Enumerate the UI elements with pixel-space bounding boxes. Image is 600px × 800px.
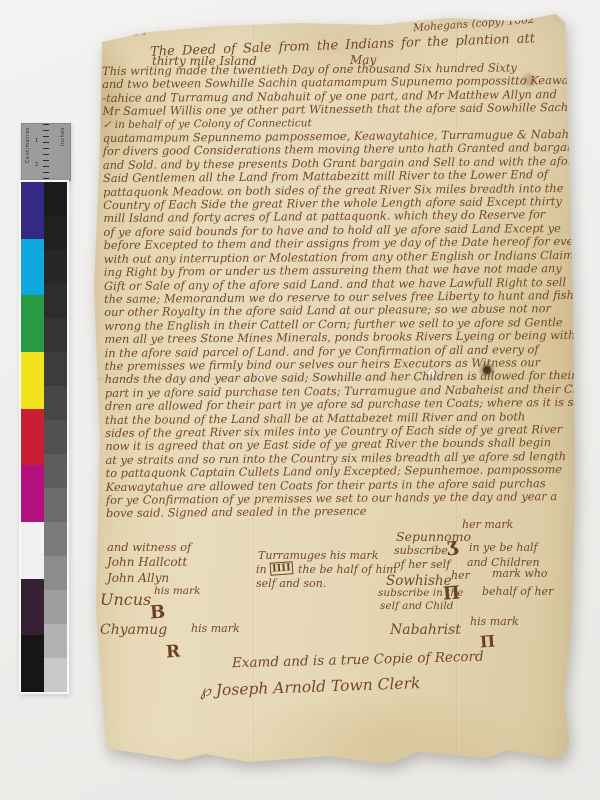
sowhishe-left2: self and Child	[380, 600, 454, 612]
signature-mark-turramug: IIII	[270, 561, 294, 576]
witness-signature: John Allyn	[107, 571, 169, 585]
certification-line-1: Examd and is a true Copie of Record	[232, 649, 484, 672]
sowhishe-right1: behalf of her	[482, 585, 553, 598]
sepunnomo-right1: in ye be half	[469, 541, 538, 554]
sowhishe-mid1: her	[451, 569, 470, 582]
signer-turramug-line1: Turramuges his mark	[258, 549, 378, 562]
signer-name-chyamug: Chyamug	[100, 622, 167, 638]
signer-turramug-line3: self and son.	[256, 577, 326, 590]
signature-mark-sepunnomo: Ʒ	[446, 538, 460, 561]
signer-turramug-prefix: in	[256, 563, 267, 576]
witness-signature: John Hallcott	[107, 555, 187, 569]
mark-label: his mark	[154, 585, 200, 597]
manuscript-body: This writing made the twentieth Day of o…	[102, 61, 574, 521]
paper-shadow: folo 334 Mohegans (copy) 1662 The Deed o…	[0, 0, 600, 800]
signer-name-nabahrist: Nabahrist	[390, 622, 461, 638]
signer-turramug-suffix: the be half of him	[298, 563, 397, 576]
folio-note: folo 334	[102, 24, 148, 40]
sepunnomo-left2: of her self	[394, 558, 450, 571]
document-paper: folo 334 Mohegans (copy) 1662 The Deed o…	[88, 8, 580, 780]
photo-backdrop: Inches Centimetres 1 2	[0, 0, 600, 800]
mark-label: his mark	[191, 622, 240, 635]
witness-intro: and witness of	[107, 540, 191, 554]
mark-label: his mark	[470, 615, 519, 628]
sowhishe-mid2: mark who	[492, 567, 548, 580]
sepunnomo-left1: subscribe	[394, 544, 448, 557]
signature-mark-uncus: B	[149, 601, 166, 623]
signer-name-sepunnomo: Sepunnomo	[396, 529, 471, 544]
certification-line-2: ℘ Joseph Arnold Town Clerk	[200, 674, 421, 700]
signature-mark-chyamug: R	[165, 642, 181, 663]
signer-name-uncus: Uncus	[100, 590, 151, 609]
